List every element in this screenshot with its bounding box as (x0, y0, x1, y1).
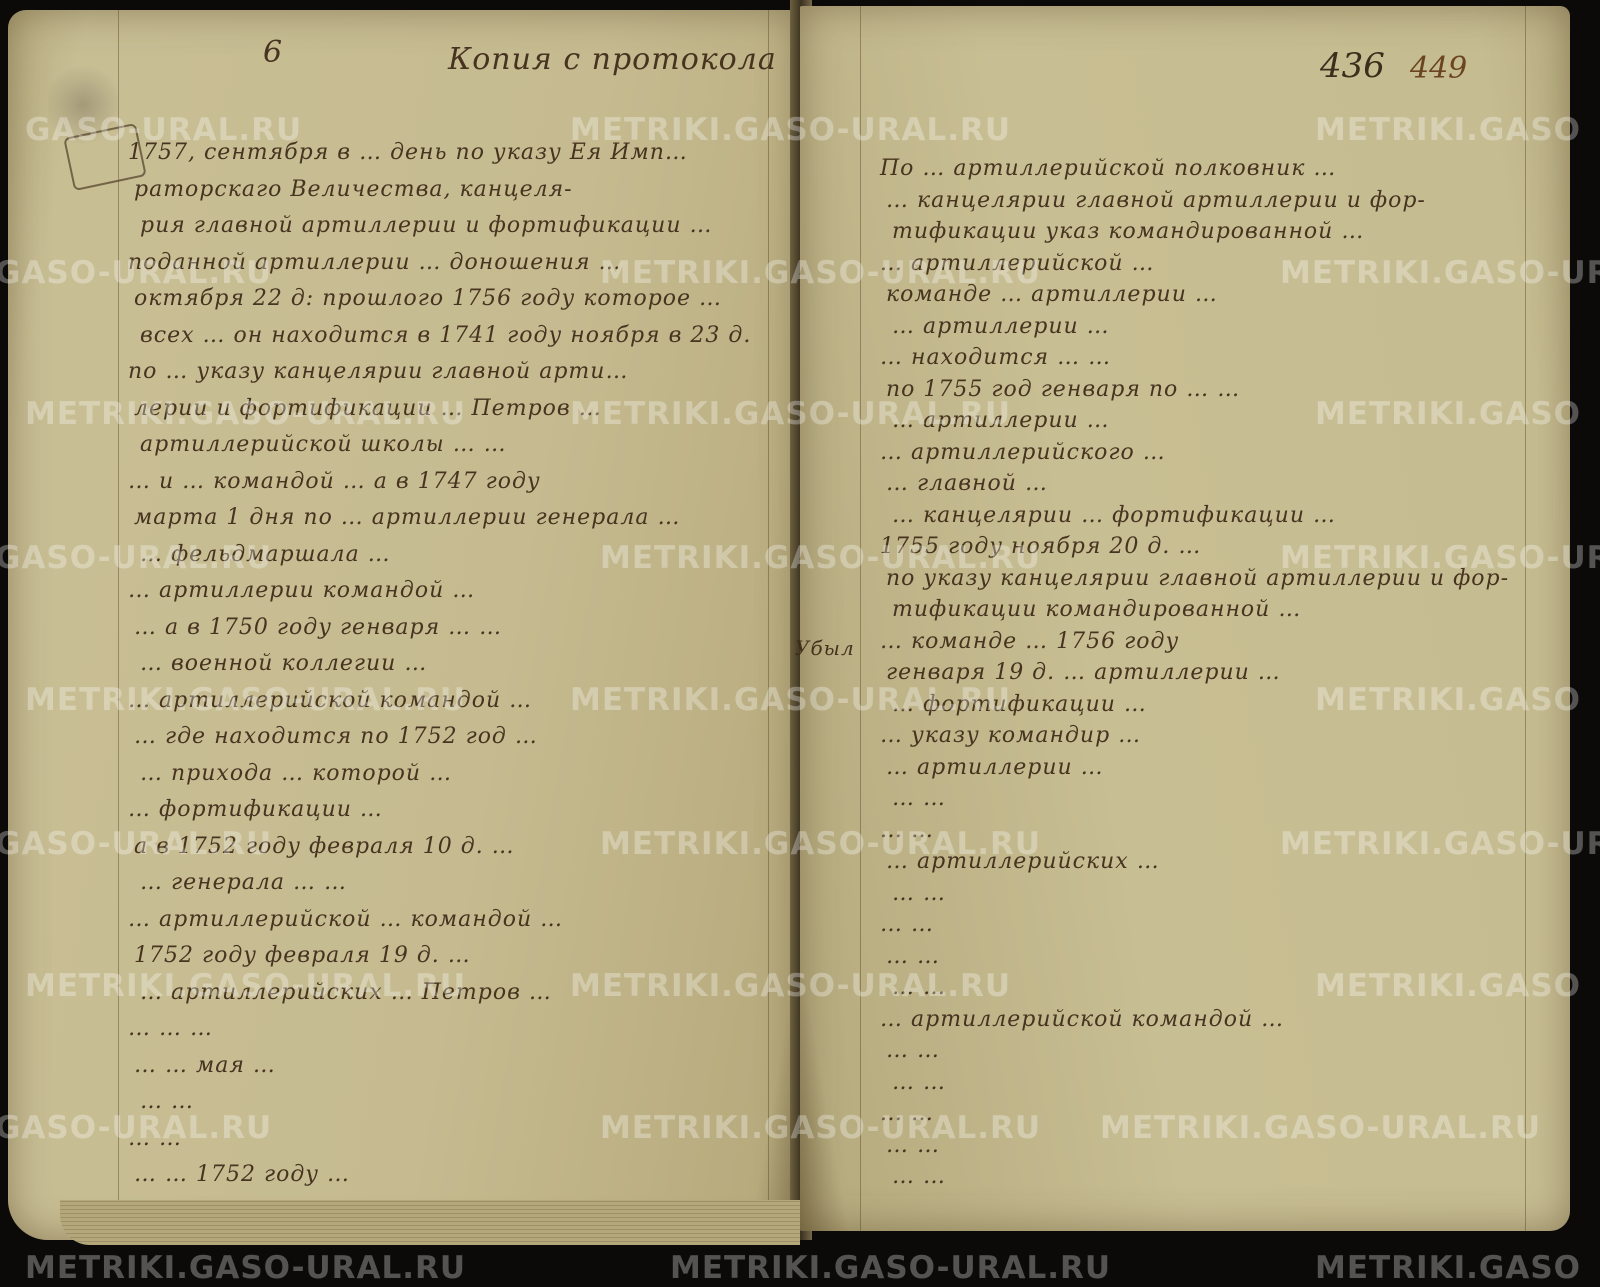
right-page-line: … главной … (886, 471, 1048, 496)
watermark-text: GASO-URAL.RU (25, 112, 302, 148)
right-page-line: … артиллерийского … (880, 440, 1166, 465)
manuscript-spread: Копия с протокола 6 1757, сентября в … д… (0, 0, 1600, 1287)
folio-number-secondary: 449 (1410, 51, 1467, 86)
right-margin-rule (860, 6, 861, 1231)
watermark-text: METRIKI.GASO-URAL.RU (570, 968, 1011, 1004)
watermark-text: METRIKI.GASO-URAL.RU (1280, 255, 1600, 291)
left-page-line: раторскаго Величества, канцеля- (134, 177, 573, 202)
right-page-right-rule (1525, 6, 1526, 1231)
folio-number: 436 (1320, 46, 1385, 86)
right-page-line: … … (892, 1164, 946, 1189)
left-page-line: … а в 1750 году генваря … … (134, 615, 502, 640)
watermark-text: GASO-URAL.RU (0, 1110, 272, 1146)
watermark-text: METRIKI.GASO-URAL.RU (1280, 540, 1600, 576)
watermark-text: METRIKI.GASO-URAL.RU (25, 968, 466, 1004)
watermark-text: METRIKI.GASO-URAL.RU (600, 1110, 1041, 1146)
left-page-line: рия главной артиллерии и фортификации … (140, 213, 713, 238)
watermark-text: METRIKI.GASO-URAL.RU (570, 396, 1011, 432)
left-margin-rule (118, 10, 119, 1240)
watermark-text: METRIKI.GASO (1315, 682, 1581, 718)
right-page-line: … канцелярии … фортификации … (892, 503, 1336, 528)
page-stack-edge (60, 1200, 800, 1245)
right-page-line: … артиллерии … (886, 755, 1104, 780)
left-page-corner-mark: 6 (263, 35, 283, 70)
right-page-line: … артиллерийской командой … (880, 1007, 1284, 1032)
right-page-line: … … (886, 1038, 940, 1063)
left-page-line: артиллерийской школы … … (140, 432, 507, 457)
right-page-line: тификации командированной … (892, 597, 1301, 622)
left-page-line: 1752 году февраля 19 д. … (134, 943, 471, 968)
right-page-line: … … (892, 1070, 946, 1095)
left-page-line: … артиллерийской … командой … (128, 907, 563, 932)
right-page-line: … находится … … (880, 345, 1111, 370)
left-page-line: … где находится по 1752 год … (134, 724, 538, 749)
watermark-text: GASO-URAL.RU (0, 540, 272, 576)
left-page-line: … фортификации … (128, 797, 383, 822)
watermark-text: METRIKI.GASO-URAL.RU (25, 1250, 466, 1286)
right-page-line: … … (880, 912, 934, 937)
right-page-line: По … артиллерийской полковник … (880, 156, 1336, 181)
right-page-line: … канцелярии главной артиллерии и фор- (886, 188, 1426, 213)
watermark-text: GASO-URAL.RU (0, 255, 272, 291)
left-page-line: … и … командой … а в 1747 году (128, 469, 541, 494)
right-page-line: … артиллерии … (892, 314, 1110, 339)
right-page-line: … команде … 1756 году (880, 629, 1179, 654)
watermark-text: METRIKI.GASO-URAL.RU (570, 682, 1011, 718)
left-page-line: … … 1752 году … (134, 1162, 350, 1187)
watermark-text: METRIKI.GASO-URAL.RU (670, 1250, 1111, 1286)
left-page-line: … … … (128, 1016, 213, 1041)
left-page-line: … артиллерии командой … (128, 578, 475, 603)
left-page-line: … прихода … которой … (140, 761, 452, 786)
watermark-text: METRIKI.GASO-URAL.RU (25, 682, 466, 718)
right-page-line: … указу командир … (880, 723, 1141, 748)
watermark-text: METRIKI.GASO-URAL.RU (600, 255, 1041, 291)
left-page-right-rule (768, 10, 769, 1240)
watermark-text: METRIKI.GASO-URAL.RU (1280, 826, 1600, 862)
right-page-line: тификации указ командированной … (892, 219, 1364, 244)
left-page-line: … … мая … (134, 1053, 276, 1078)
left-page-line: … генерала … … (140, 870, 347, 895)
watermark-text: METRIKI.GASO-URAL.RU (600, 826, 1041, 862)
right-page-line: … … (892, 786, 946, 811)
left-page-line: … военной коллегии … (140, 651, 427, 676)
watermark-text: METRIKI.GASO-URAL.RU (25, 396, 466, 432)
watermark-text: GASO-URAL.RU (0, 826, 272, 862)
left-page-line: по … указу канцелярии главной арти… (128, 359, 628, 384)
watermark-text: METRIKI.GASO (1315, 396, 1581, 432)
watermark-text: METRIKI.GASO-URAL.RU (600, 540, 1041, 576)
margin-note: Убыл (795, 636, 855, 660)
left-page-heading: Копия с протокола (448, 42, 777, 77)
left-page-line: марта 1 дня по … артиллерии генерала … (134, 505, 680, 530)
watermark-text: METRIKI.GASO (1315, 112, 1581, 148)
watermark-text: METRIKI.GASO-URAL.RU (570, 112, 1011, 148)
left-page-line: всех … он находится в 1741 году ноября в… (140, 323, 751, 348)
watermark-text: METRIKI.GASO (1315, 1250, 1581, 1286)
watermark-text: METRIKI.GASO (1315, 968, 1581, 1004)
right-page: 436 449 Убыл По … артиллерийской полковн… (800, 6, 1570, 1231)
left-page: Копия с протокола 6 1757, сентября в … д… (8, 10, 798, 1240)
right-page-line: … … (886, 944, 940, 969)
watermark-text: METRIKI.GASO-URAL.RU (1100, 1110, 1541, 1146)
right-page-line: … … (892, 881, 946, 906)
